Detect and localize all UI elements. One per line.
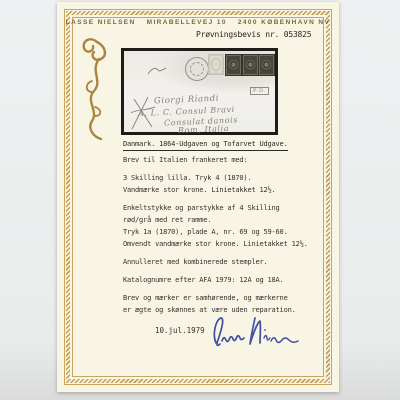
certificate-paper: LASSE NIELSEN MIRABELLEVEJ 10 2400 KØBEN… [57,2,339,392]
stamp-4-skilling-single [225,54,242,76]
cover-photograph: P.D. Giorgi Riandi A. L. C. Consul Bravi… [121,48,278,135]
certificate-number: Prøvningsbevis nr. 053825 [196,30,311,39]
body-line: Vandmærke stor krone. Linietakket 12½. [123,184,308,196]
flourish-ornament-icon [75,35,113,143]
body-line: Brev og mærker er samhørende, og mærkern… [123,292,308,304]
circular-datestamp-icon [185,57,209,81]
body-line: Enkeltstykke og parstykke af 4 Skilling [123,202,308,214]
certificate-date: 10.jul.1979 [155,326,205,335]
paragraph: Katalognumre efter AFA 1979: 12A og 18A. [123,274,308,286]
certificate-title: Danmark. 1864-Udgaven og Tofarvet Udgave… [123,140,288,151]
body-line: rød/grå med ret ramme. [123,214,308,226]
letterhead: LASSE NIELSEN MIRABELLEVEJ 10 2400 KØBEN… [57,19,339,26]
stamp-3-skilling-lilla [208,54,224,75]
paragraph: Enkeltstykke og parstykke af 4 Skilling … [123,202,308,250]
paragraph: Annulleret med kombinerede stempler. [123,256,308,268]
body-line: Annulleret med kombinerede stempler. [123,256,308,268]
paragraph: 3 Skilling lilla. Tryk 4 (1870). Vandmær… [123,172,308,196]
stamp-4-skilling-pair-left [242,54,259,76]
letterhead-name: LASSE NIELSEN [66,19,136,26]
address-line: Giorgi Riandi [154,94,220,107]
pd-handstamp: P.D. [250,87,269,95]
letterhead-city: 2400 KØBENHAVN NV [238,19,330,26]
body-line: Katalognumre efter AFA 1979: 12A og 18A. [123,274,308,286]
body-line: 3 Skilling lilla. Tryk 4 (1870). [123,172,308,184]
pen-flourish-mark [146,65,168,77]
stamp-4-skilling-pair-right [258,54,275,76]
address-line: Rom, Italia [178,124,230,135]
scanned-certificate-page: { "letterhead": { "name": "LASSE NIELSEN… [0,0,400,400]
body-line: Brev til Italien frankeret med: [123,154,308,166]
body-line: Tryk 1a (1870), plade A, nr. 69 og 59-60… [123,226,308,238]
signature [207,310,303,358]
body-line: Omvendt vandmærke stor krone. Linietakke… [123,238,308,250]
certificate-body: Brev til Italien frankeret med: 3 Skilli… [123,154,308,322]
paragraph: Brev til Italien frankeret med: [123,154,308,166]
letterhead-street: MIRABELLEVEJ 10 [147,19,227,26]
